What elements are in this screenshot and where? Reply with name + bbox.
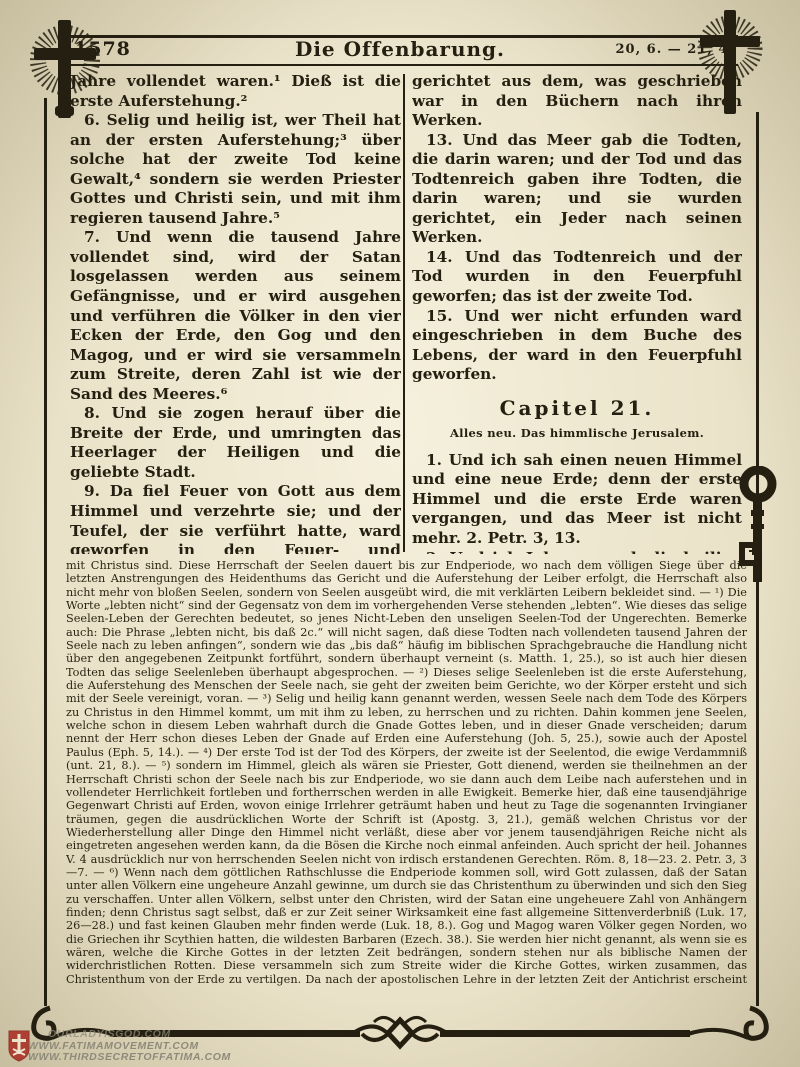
verse-paragraph: gerichtet aus dem, was geschrieben war i… (412, 72, 742, 131)
chapter-heading: Capitel 21. (412, 399, 742, 419)
chapter-subtitle: Alles neu. Das himmlische Jerusalem. (412, 424, 742, 444)
header-bottom-rule (58, 64, 738, 66)
verse-paragraph: 14. Und das Todtenreich und der Tod wurd… (412, 248, 742, 307)
verse-paragraph: 7. Und wenn die tausend Jahre vollendet … (70, 228, 401, 404)
right-text-column: gerichtet aus dem, was geschrieben war i… (412, 72, 742, 554)
commentary-footnotes: mit Christus sind. Diese Herrschaft der … (66, 559, 747, 987)
verse-range: 20, 6. — 21, 4. (616, 42, 734, 57)
verse-paragraph: 9. Da fiel Feuer von Gott aus dem Himmel… (70, 482, 401, 554)
column-divider-rule (403, 74, 405, 552)
verse-paragraph: 6. Selig und heilig ist, wer Theil hat a… (70, 111, 401, 228)
verse-paragraph: 2. Und ich Johannes sah die heilige Stad… (412, 549, 742, 554)
verse-paragraph: 13. Und das Meer gab die Todten, die dar… (412, 131, 742, 248)
watermark-line: WWW.THIRDSECRETOFFATIMA.COM (28, 1052, 231, 1064)
footnote-paragraph: mit Christus sind. Diese Herrschaft der … (66, 559, 747, 987)
verse-paragraph: 1. Und ich sah einen neuen Himmel und ei… (412, 451, 742, 549)
verse-paragraph: Jahre vollendet waren.¹ Dieß ist die ers… (70, 72, 401, 111)
verse-paragraph: 15. Und wer nicht erfunden ward eingesch… (412, 307, 742, 385)
left-border-rule (44, 98, 47, 1006)
verse-paragraph: 8. Und sie zogen herauf über die Breite … (70, 404, 401, 482)
watermark-links: OURLADYISGOD.COM WWW.FATIMAMOVEMENT.COM … (28, 1029, 231, 1064)
left-text-column: Jahre vollendet waren.¹ Dieß ist die ers… (70, 72, 401, 554)
watermark-line: OURLADYISGOD.COM (48, 1029, 231, 1041)
